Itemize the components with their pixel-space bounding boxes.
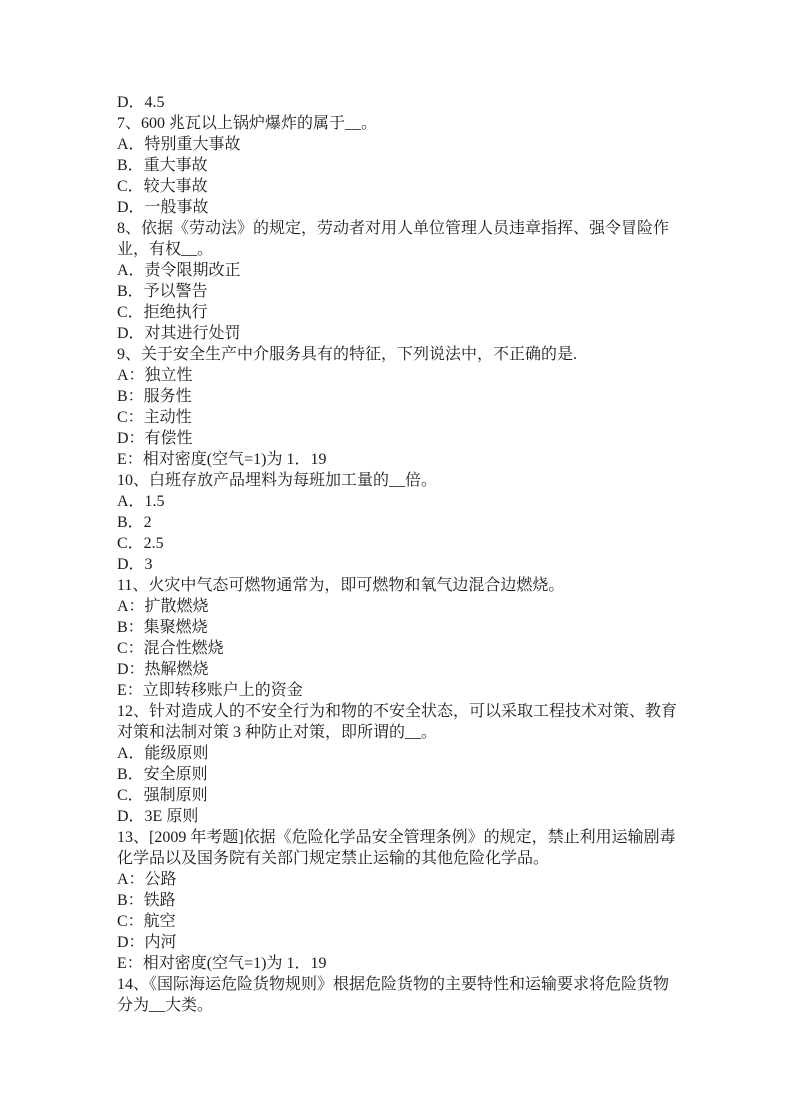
- question-stem: 12、针对造成人的不安全行为和物的不安全状态，可以采取工程技术对策、教育对策和法…: [117, 701, 684, 743]
- option-line: A．1.5: [117, 491, 684, 512]
- option-line: B：服务性: [117, 386, 684, 407]
- option-line: C．拒绝执行: [117, 302, 684, 323]
- question-stem: 10、白班存放产品埋料为每班加工量的__倍。: [117, 470, 684, 491]
- option-line: D．一般事故: [117, 197, 684, 218]
- option-line: A：独立性: [117, 365, 684, 386]
- option-line: D：有偿性: [117, 428, 684, 449]
- question-stem: 7、600 兆瓦以上锅炉爆炸的属于__。: [117, 113, 684, 134]
- option-line: D．3: [117, 554, 684, 575]
- question-stem: 8、依据《劳动法》的规定，劳动者对用人单位管理人员违章指挥、强令冒险作业，有权_…: [117, 218, 684, 260]
- option-line: D：内河: [117, 932, 684, 953]
- exam-text-block: D．4.57、600 兆瓦以上锅炉爆炸的属于__。A．特别重大事故B．重大事故C…: [117, 92, 684, 1016]
- option-line: D：热解燃烧: [117, 659, 684, 680]
- option-line: D．对其进行处罚: [117, 323, 684, 344]
- option-line: B．予以警告: [117, 281, 684, 302]
- question-stem: 9、关于安全生产中介服务具有的特征，下列说法中，不正确的是.: [117, 344, 684, 365]
- option-line: B．安全原则: [117, 764, 684, 785]
- option-line: A：扩散燃烧: [117, 596, 684, 617]
- option-line: D．4.5: [117, 92, 684, 113]
- option-line: C：航空: [117, 911, 684, 932]
- option-line: C：混合性燃烧: [117, 638, 684, 659]
- option-line: D．3E 原则: [117, 806, 684, 827]
- option-line: E：相对密度(空气=1)为 1．19: [117, 449, 684, 470]
- document-page: D．4.57、600 兆瓦以上锅炉爆炸的属于__。A．特别重大事故B．重大事故C…: [0, 0, 792, 1120]
- question-stem: 13、[2009 年考题]依据《危险化学品安全管理条例》的规定，禁止利用运输剧毒…: [117, 827, 684, 869]
- option-line: B：集聚燃烧: [117, 617, 684, 638]
- option-line: B：铁路: [117, 890, 684, 911]
- option-line: A．能级原则: [117, 743, 684, 764]
- option-line: C：主动性: [117, 407, 684, 428]
- option-line: E：相对密度(空气=1)为 1．19: [117, 953, 684, 974]
- option-line: A：公路: [117, 869, 684, 890]
- option-line: E：立即转移账户上的资金: [117, 680, 684, 701]
- question-stem: 11、火灾中气态可燃物通常为，即可燃物和氧气边混合边燃烧。: [117, 575, 684, 596]
- option-line: C．较大事故: [117, 176, 684, 197]
- option-line: B．2: [117, 512, 684, 533]
- option-line: B．重大事故: [117, 155, 684, 176]
- option-line: C．2.5: [117, 533, 684, 554]
- question-stem: 14、《国际海运危险货物规则》根据危险货物的主要特性和运输要求将危险货物分为__…: [117, 974, 684, 1016]
- option-line: C．强制原则: [117, 785, 684, 806]
- option-line: A．特别重大事故: [117, 134, 684, 155]
- option-line: A．责令限期改正: [117, 260, 684, 281]
